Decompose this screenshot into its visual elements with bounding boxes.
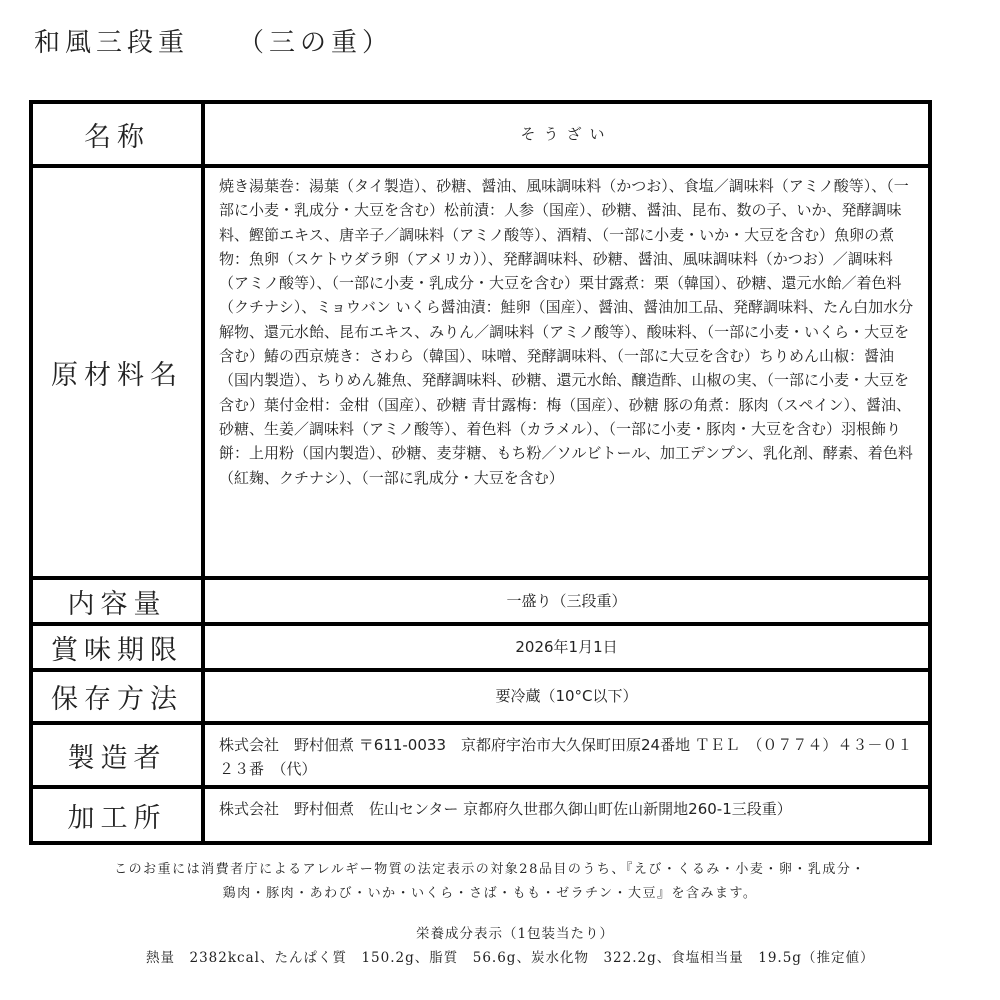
value-name: そうざい [205,104,932,164]
label-best-before: 賞味期限 [29,626,205,668]
value-storage: 要冷蔵（10°C以下） [205,672,932,721]
table-row-name: 名称 そうざい [29,100,932,168]
label-ingredients: 原材料名 [29,168,205,576]
table-row-storage: 保存方法 要冷蔵（10°C以下） [29,672,932,725]
value-manufacturer: 株式会社 野村佃煮 〒611-0033 京都府宇治市大久保町田原24番地 ＴＥＬ… [205,725,932,785]
table-row-best-before: 賞味期限 2026年1月1日 [29,626,932,672]
nutrition-title: 栄養成分表示（1包装当たり） [0,922,1000,942]
label-storage: 保存方法 [29,672,205,721]
table-row-ingredients: 原材料名 焼き湯葉巻：湯葉（タイ製造）、砂糖、醤油、風味調味料（かつお）、食塩／… [29,168,932,580]
value-best-before: 2026年1月1日 [205,626,932,668]
label-contents: 内容量 [29,580,205,622]
nutrition-facts: 熱量 2382kcal、たんぱく質 150.2g、脂質 56.6g、炭水化物 3… [146,946,874,966]
table-row-processing-plant: 加工所 株式会社 野村佃煮 佐山センター 京都府久世郡久御山町佐山新開地260-… [29,789,932,845]
label-processing-plant: 加工所 [29,789,205,841]
table-row-contents: 内容量 一盛り（三段重） [29,580,932,626]
allergy-note-line2: 鶏肉・豚肉・あわび・いか・いくら・さば・もも・ゼラチン・大豆』を含みます。 [20,882,960,906]
allergy-note: このお重には消費者庁によるアレルギー物質の法定表示の対象28品目のうち、『えび・… [20,858,960,906]
label-name: 名称 [29,104,205,164]
page-title: 和風三段重 （三の重） [34,22,393,59]
label-manufacturer: 製造者 [29,725,205,785]
value-contents: 一盛り（三段重） [205,580,932,622]
table-row-manufacturer: 製造者 株式会社 野村佃煮 〒611-0033 京都府宇治市大久保町田原24番地… [29,725,932,789]
allergy-note-line1: このお重には消費者庁によるアレルギー物質の法定表示の対象28品目のうち、『えび・… [20,858,960,882]
value-processing-plant: 株式会社 野村佃煮 佐山センター 京都府久世郡久御山町佐山新開地260-1三段重… [205,789,932,841]
value-ingredients: 焼き湯葉巻：湯葉（タイ製造）、砂糖、醤油、風味調味料（かつお）、食塩／調味料（ア… [205,168,932,576]
